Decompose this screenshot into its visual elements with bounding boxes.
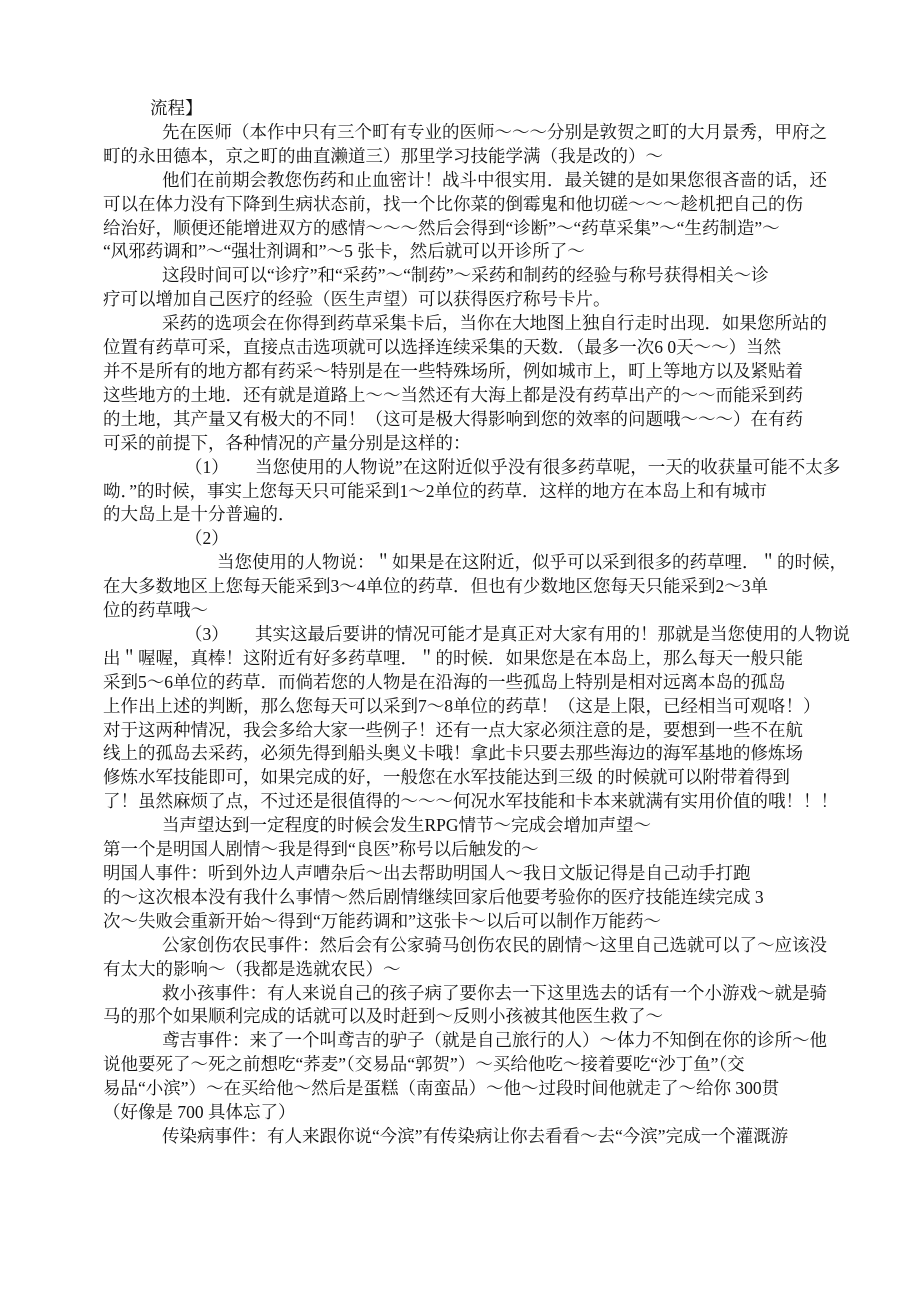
document-page: 流程】先在医师（本作中只有三个町有专业的医师～～～分别是敦贺之町的大月景秀，甲府… (0, 0, 920, 1302)
text-line: 公家创伤农民事件：然后会有公家骑马创伤农民的剧情～这里自己选就可以了～应该没 (103, 934, 823, 958)
text-line: 这些地方的土地．还有就是道路上～～当然还有大海上都是没有药草出产的～～而能采到药 (103, 384, 823, 408)
text-line: 可以在体力没有下降到生病状态前，找一个比你菜的倒霉鬼和他切磋～～～趁机把自己的伤 (103, 193, 823, 217)
text-line: 了！虽然麻烦了点，不过还是很值得的～～～何况水军技能和卡本来就满有实用价值的哦！… (103, 790, 823, 814)
text-line: 救小孩事件：有人来说自己的孩子病了要你去一下这里选去的话有一个小游戏～就是骑 (103, 982, 823, 1006)
text-line: “风邪药调和”～“强壮剂调和”～5 张卡，然后就可以开诊所了～ (103, 240, 823, 264)
text-line: 有太大的影响～（我都是选就农民）～ (103, 958, 823, 982)
text-line: 给治好，顺便还能增进双方的感情～～～然后会得到“诊断”～“药草采集”～“生药制造… (103, 217, 823, 241)
text-line: 当声望达到一定程度的时候会发生RPG情节～完成会增加声望～ (103, 814, 823, 838)
text-line: 马的那个如果顺利完成的话就可以及时赶到～反则小孩被其他医生救了～ (103, 1005, 823, 1029)
text-line: 并不是所有的地方都有药采～特别是在一些特殊场所，例如城市上，町上等地方以及紧贴着 (103, 360, 823, 384)
text-line: 可采的前提下，各种情况的产量分别是这样的： (103, 432, 823, 456)
text-line: 说他要死了～死之前想吃“荞麦”（交易品“郭贺”）～买给他吃～接着要吃“沙丁鱼”（… (103, 1053, 823, 1077)
text-line: （2） (103, 527, 823, 551)
text-line: 的土地，其产量又有极大的不同！（这可是极大得影响到您的效率的问题哦～～～）在有药 (103, 408, 823, 432)
text-line: （3） 其实这最后要讲的情况可能才是真正对大家有用的！那就是当您使用的人物说 (103, 623, 823, 647)
text-line: （好像是 700 具体忘了） (103, 1101, 823, 1125)
text-line: 采药的选项会在你得到药草采集卡后，当你在大地图上独自行走时出现．如果您所站的 (103, 312, 823, 336)
text-line: 位置有药草可采，直接点击选项就可以选择连续采集的天数．（最多一次6 0天～～）当… (103, 336, 823, 360)
text-line: （1） 当您使用的人物说”在这附近似乎没有很多药草呢，一天的收获量可能不太多 (103, 456, 823, 480)
text-line: 对于这两种情况，我会多给大家一些例子！还有一点大家必须注意的是，要想到一些不在航 (103, 719, 823, 743)
document-text-block: 流程】先在医师（本作中只有三个町有专业的医师～～～分别是敦贺之町的大月景秀，甲府… (103, 97, 823, 1149)
text-line: 町的永田德本，京之町的曲直濑道三）那里学习技能学满（我是改的）～ (103, 145, 823, 169)
text-line: 修炼水军技能即可，如果完成的好，一般您在水军技能达到三级 的时候就可以附带着得到 (103, 766, 823, 790)
text-line: 先在医师（本作中只有三个町有专业的医师～～～分别是敦贺之町的大月景秀，甲府之 (103, 121, 823, 145)
text-line: 线上的孤岛去采药，必须先得到船头奥义卡哦！拿此卡只要去那些海边的海军基地的修炼场 (103, 742, 823, 766)
text-line: 鸢吉事件：来了一个叫鸢吉的驴子（就是自己旅行的人）～体力不知倒在你的诊所～他 (103, 1029, 823, 1053)
text-line: 位的药草哦～ (103, 599, 823, 623)
text-line: 的大岛上是十分普遍的． (103, 503, 823, 527)
text-line: 第一个是明国人剧情～我是得到“良医”称号以后触发的～ (103, 838, 823, 862)
text-line: 易品“小滨”）～在买给他～然后是蛋糕（南蛮品）～他～过段时间他就走了～给你 30… (103, 1077, 823, 1101)
text-line: 流程】 (103, 97, 823, 121)
text-line: 疗可以增加自己医疗的经验（医生声望）可以获得医疗称号卡片。 (103, 288, 823, 312)
text-line: 的～这次根本没有我什么事情～然后剧情继续回家后他要考验你的医疗技能连续完成 3 (103, 886, 823, 910)
text-line: 采到5～6单位的药草．而倘若您的人物是在沿海的一些孤岛上特别是相对远离本岛的孤岛 (103, 671, 823, 695)
text-line: 在大多数地区上您每天能采到3～4单位的药草．但也有少数地区您每天只能采到2～3单 (103, 575, 823, 599)
text-line: 上作出上述的判断，那么您每天可以采到7～8单位的药草！（这是上限，已经相当可观咯… (103, 695, 823, 719)
text-line: 呦．”的时候，事实上您每天只可能采到1～2单位的药草．这样的地方在本岛上和有城市 (103, 480, 823, 504)
text-line: 出＂喔喔，真棒！这附近有好多药草哩．＂的时候．如果您是在本岛上，那么每天一般只能 (103, 647, 823, 671)
text-line: 次～失败会重新开始～得到“万能药调和”这张卡～以后可以制作万能药～ (103, 910, 823, 934)
text-line: 明国人事件：听到外边人声嘈杂后～出去帮助明国人～我日文版记得是自己动手打跑 (103, 862, 823, 886)
text-line: 这段时间可以“诊疗”和“采药”～“制药”～采药和制药的经验与称号获得相关～诊 (103, 264, 823, 288)
text-line: 当您使用的人物说：＂如果是在这附近，似乎可以采到很多的药草哩．＂的时候， (103, 551, 823, 575)
text-line: 他们在前期会教您伤药和止血密计！战斗中很实用．最关键的是如果您很吝啬的话，还 (103, 169, 823, 193)
text-line: 传染病事件：有人来跟你说“今滨”有传染病让你去看看～去“今滨”完成一个灌溉游 (103, 1125, 823, 1149)
